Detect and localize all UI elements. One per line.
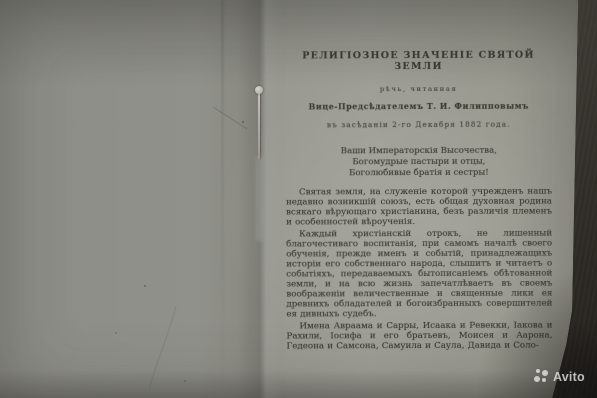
speech-subtitle: рѣчь, читанная (286, 85, 552, 94)
salutation-block: Ваши Императорскія Высочества,Богомудрые… (286, 146, 552, 180)
book-photo: РЕЛИГІОЗНОЕ ЗНАЧЕНІЕ СВЯТОЙ ЗЕМЛИ рѣчь, … (0, 0, 597, 398)
session-date-line: въ засѣданіи 2-го Декабря 1882 года. (286, 120, 552, 130)
body-paragraph: Святая земля, на служеніе которой учрежд… (286, 187, 552, 228)
open-book: РЕЛИГІОЗНОЕ ЗНАЧЕНІЕ СВЯТОЙ ЗЕМЛИ рѣчь, … (0, 0, 597, 398)
avito-logo-icon (533, 369, 549, 385)
salutation-line: Боголюбивые братія и сестры! (286, 168, 552, 180)
page-title: РЕЛИГІОЗНОЕ ЗНАЧЕНІЕ СВЯТОЙ ЗЕМЛИ (285, 50, 551, 73)
speaker-line: Вице-Предсѣдателемъ Т. И. Филипповымъ (286, 101, 552, 112)
avito-label: Avito (553, 370, 585, 384)
avito-watermark: Avito (533, 369, 585, 385)
